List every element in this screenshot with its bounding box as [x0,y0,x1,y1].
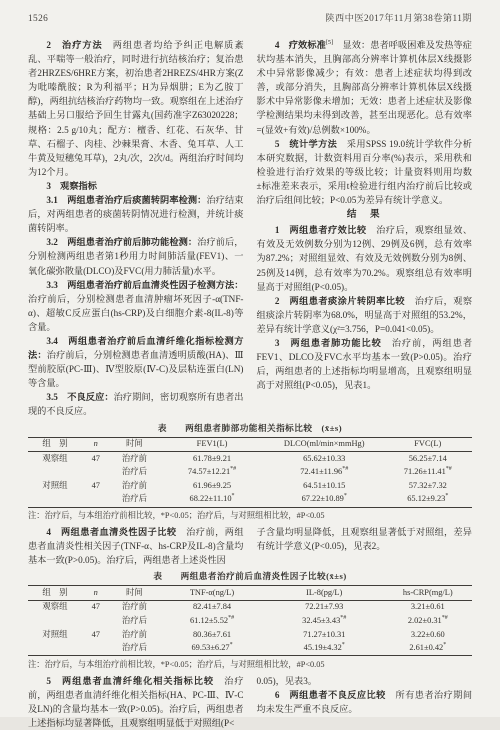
table-row: 治疗后61.12±5.52*#32.45±3.43*#2.02±0.31*# [28,614,472,628]
column-header: 时间 [110,437,159,452]
table-header-row: 组 别n时间TNF-α(ng/L)IL-8(pg/L)hs-CRP(mg/L) [28,586,472,601]
bottom-left-column: 5 两组患者血清纤维化相关指标比较 治疗前，两组患者血清纤维化相关指标(HA、P… [28,674,244,730]
significance-marker: * [232,494,235,500]
table-row: 观察组47治疗前61.78±9.2165.62±10.3356.25±7.14 [28,452,472,466]
table-cell [28,493,82,507]
section-heading: 5 统计学方法 [275,139,337,149]
table-row: 观察组47治疗前82.41±7.8472.21±7.933.21±0.61 [28,600,472,614]
table-cell [28,466,82,480]
significance-marker: *# [228,615,234,621]
table-cell: 对照组 [28,628,82,642]
mid-section: 4 两组患者血清炎性因子比较 治疗前，两组患者血清炎性相关因子(TNF-α、hs… [28,525,472,567]
paragraph-text: 显效：患者呼吸困难及发热等症状均基本消失，且胸部高分辨率计算机体层X线摄影术中异… [257,40,473,135]
section-heading: 3.1 两组患者治疗后痰菌转阴率检测： [46,195,206,205]
table-cell: 观察组 [28,600,82,614]
paragraph-result-5-continuation: 0.05)，见表3。 [257,674,473,688]
table-cell: 47 [82,479,110,493]
section-heading: 6 两组患者不良反应比较 [275,690,386,700]
table-row: 对照组47治疗前80.36±7.6171.27±10.313.22±0.60 [28,628,472,642]
paragraph-text: 0.05)，见表3。 [257,676,317,686]
table-cell: 67.22±10.89* [265,493,384,507]
column-header: n [82,437,110,452]
table2-head: 组 别n时间TNF-α(ng/L)IL-8(pg/L)hs-CRP(mg/L) [28,586,472,601]
table-cell: 45.19±4.32* [265,642,384,656]
paragraph-3-2: 3.2 两组患者治疗前后肺功能检测：治疗前后，分别检测两组患者第1秒用力时间肺活… [28,235,244,277]
table-cell: 47 [82,628,110,642]
table-cell [82,614,110,628]
table-row: 治疗后68.22±11.10*67.22±10.89*65.12±9.23* [28,493,472,507]
significance-marker: * [230,642,233,648]
section-heading: 3.3 两组患者治疗前后血清炎性因子检测方法： [46,280,243,290]
table-cell: 3.21±0.61 [384,600,472,614]
table-cell: 治疗后 [110,642,159,656]
table-cell: 治疗后 [110,493,159,507]
top-section: 2 治疗方法 两组患者均给予纠正电解质紊乱、平喘等一般治疗，同时进行抗结核治疗；… [28,38,472,419]
paragraph-result-1: 1 两组患者疗效比较 治疗后，观察组显效、有效及无效例数分别为12例、29例及6… [257,223,473,293]
table1-note: 注：治疗后，与本组治疗前相比较，*P<0.05；治疗后，与对照组相比较，#P<0… [28,510,472,522]
table-cell: 65.12±9.23* [384,493,472,507]
section-heading: 3 两组患者肺功能比较 [275,338,382,348]
paragraph-3-4: 3.4 两组患者治疗前后血清纤维化指标检测方法：治疗前后，分别检测患者血清透明质… [28,334,244,390]
table-cell: 82.41±7.84 [159,600,265,614]
table-cell: 47 [82,452,110,466]
table-cell: 71.27±10.31 [265,628,384,642]
significance-marker: * [445,494,448,500]
significance-marker: * [344,494,347,500]
table2-body: 观察组47治疗前82.41±7.8472.21±7.933.21±0.61治疗后… [28,600,472,655]
table-cell: 61.78±9.21 [159,452,265,466]
table-cell: 治疗前 [110,628,159,642]
left-column: 2 治疗方法 两组患者均给予纠正电解质紊乱、平喘等一般治疗，同时进行抗结核治疗；… [28,38,244,419]
table2-note: 注：治疗后，与本组治疗前相比较，*P<0.05；治疗后，与对照组相比较，#P<0… [28,659,472,671]
table2-caption: 表 两组患者治疗前后血清炎性因子比较(x̄±s) [28,570,472,582]
section-heading: 4 疗效标准 [275,40,326,50]
paragraph-result-5: 5 两组患者血清纤维化相关指标比较 治疗前，两组患者血清纤维化相关指标(HA、P… [28,674,244,730]
significance-marker: *# [442,615,448,621]
column-header: FVC(L) [384,437,472,452]
column-header: FEV1(L) [159,437,265,452]
mid-right-column: 子含量均明显降低，且观察组显著低于对照组，差异有统计学意义(P<0.05)，见表… [257,525,473,567]
table-cell: 3.22±0.60 [384,628,472,642]
table1-caption: 表 两组患者肺部功能相关指标比较 (x̄±s) [28,422,472,434]
table-cell [82,642,110,656]
paragraph-3-3: 3.3 两组患者治疗前后血清炎性因子检测方法：治疗前后，分别检测患者血清肿瘤坏死… [28,278,244,334]
table-cell: 治疗后 [110,466,159,480]
table-row: 治疗后74.57±12.21*#72.41±11.96*#71.26±11.41… [28,466,472,480]
paragraph-observation-index: 3 观察指标 [28,179,244,193]
paragraph-text: 治疗前后，分别检测患者血清肿瘤坏死因子-α(TNF-α)、超敏C反应蛋白(hs-… [28,294,244,332]
table-cell: 对照组 [28,479,82,493]
table-cell: 68.22±11.10* [159,493,265,507]
paragraph-statistics-method: 5 统计学方法 采用SPSS 19.0统计学软件分析本研究数据，计数资料用百分率… [257,137,473,207]
table-cell: 2.02±0.31*# [384,614,472,628]
table-cell: 74.57±12.21*# [159,466,265,480]
table-cell: 64.51±10.15 [265,479,384,493]
section-heading: 3 观察指标 [46,181,97,191]
paragraph-3-1: 3.1 两组患者治疗后痰菌转阴率检测：治疗结束后，对两组患者的痰菌转阴情况进行检… [28,193,244,235]
inflammatory-factor-table: 组 别n时间TNF-α(ng/L)IL-8(pg/L)hs-CRP(mg/L) … [28,585,472,656]
mid-left-column: 4 两组患者血清炎性因子比较 治疗前，两组患者血清炎性相关因子(TNF-α、hs… [28,525,244,567]
journal-page: 1526 陕西中医2017年11月第38卷第11期 2 治疗方法 两组患者均给予… [0,0,500,717]
table2-section: 表 两组患者治疗前后血清炎性因子比较(x̄±s) 组 别n时间TNF-α(ng/… [28,570,472,670]
column-header: 时间 [110,586,159,601]
column-header: n [82,586,110,601]
lung-function-table: 组 别n时间FEV1(L)DLCO(ml/min×mmHg)FVC(L) 观察组… [28,437,472,508]
paragraph-efficacy-standard: 4 疗效标准[5] 显效：患者呼吸困难及发热等症状均基本消失，且胸部高分辨率计算… [257,38,473,137]
bottom-right-column: 0.05)，见表3。 6 两组患者不良反应比较 所有患者治疗期间均未发生严重不良… [257,674,473,730]
table-cell: 治疗后 [110,614,159,628]
bottom-section: 5 两组患者血清纤维化相关指标比较 治疗前，两组患者血清纤维化相关指标(HA、P… [28,674,472,730]
paragraph-result-3: 3 两组患者肺功能比较 治疗前，两组患者FEV1、DLCO及FVC水平均基本一致… [257,336,473,392]
journal-info: 陕西中医2017年11月第38卷第11期 [325,10,472,24]
table-cell: 治疗前 [110,600,159,614]
section-heading: 2 治疗方法 [46,40,102,50]
paragraph-text: 两组患者均给予纠正电解质紊乱、平喘等一般治疗，同时进行抗结核治疗；复治患者2HR… [28,40,244,177]
table1-head: 组 别n时间FEV1(L)DLCO(ml/min×mmHg)FVC(L) [28,437,472,452]
table-cell: 治疗前 [110,479,159,493]
significance-marker: *# [342,466,348,472]
column-header: 组 别 [28,586,82,601]
column-header: DLCO(ml/min×mmHg) [265,437,384,452]
table-cell [28,642,82,656]
table-row: 治疗后69.53±6.27*45.19±4.32*2.61±0.42* [28,642,472,656]
paragraph-result-4: 4 两组患者血清炎性因子比较 治疗前，两组患者血清炎性相关因子(TNF-α、hs… [28,525,244,567]
table-cell [82,493,110,507]
table-cell: 61.96±9.25 [159,479,265,493]
table-cell [28,614,82,628]
paragraph-result-2: 2 两组患者痰涂片转阴率比较 治疗后，观察组痰涂片转阴率为68.0%，明显高于对… [257,294,473,336]
column-header: IL-8(pg/L) [265,586,384,601]
page-header: 1526 陕西中医2017年11月第38卷第11期 [28,10,472,24]
column-header: hs-CRP(mg/L) [384,586,472,601]
page-number: 1526 [28,14,48,24]
paragraph-text: 子含量均明显降低，且观察组显著低于对照组，差异有统计学意义(P<0.05)，见表… [257,527,473,551]
table-cell: 56.25±7.14 [384,452,472,466]
paragraph-text: 治疗前后，分别检测患者血清透明质酸(HA)、Ⅲ型前胶原(PC-Ⅲ)、Ⅳ型胶原(Ⅳ… [28,350,244,388]
column-header: TNF-α(ng/L) [159,586,265,601]
results-heading: 结 果 [257,208,473,222]
paragraph-3-5: 3.5 不良反应：治疗期间，密切观察所有患者出现的不良反应。 [28,390,244,418]
section-heading: 4 两组患者血清炎性因子比较 [46,527,176,537]
table-row: 对照组47治疗前61.96±9.2564.51±10.1557.32±7.32 [28,479,472,493]
table-cell: 观察组 [28,452,82,466]
table-cell: 69.53±6.27* [159,642,265,656]
paragraph-treatment-method: 2 治疗方法 两组患者均给予纠正电解质紊乱、平喘等一般治疗，同时进行抗结核治疗；… [28,38,244,179]
table-cell: 治疗前 [110,452,159,466]
significance-marker: *# [340,615,346,621]
table-cell: 47 [82,600,110,614]
table-cell: 2.61±0.42* [384,642,472,656]
significance-marker: * [443,642,446,648]
paragraph-result-6: 6 两组患者不良反应比较 所有患者治疗期间均未发生严重不良反应。 [257,688,473,716]
table1-section: 表 两组患者肺部功能相关指标比较 (x̄±s) 组 别n时间FEV1(L)DLC… [28,422,472,522]
table-cell: 72.21±7.93 [265,600,384,614]
significance-marker: * [342,642,345,648]
section-heading: 1 两组患者疗效比较 [275,225,367,235]
significance-marker: *# [230,466,236,472]
journal-page-body: { "header": { "page_number": "1526", "jo… [0,0,500,717]
significance-marker: *# [446,466,452,472]
table-cell: 65.62±10.33 [265,452,384,466]
table-cell: 80.36±7.61 [159,628,265,642]
table-header-row: 组 别n时间FEV1(L)DLCO(ml/min×mmHg)FVC(L) [28,437,472,452]
paragraph-result-4-continuation: 子含量均明显降低，且观察组显著低于对照组，差异有统计学意义(P<0.05)，见表… [257,525,473,553]
section-heading: 5 两组患者血清纤维化相关指标比较 [46,676,214,686]
section-heading: 3.5 不良反应： [46,392,113,402]
table-cell: 57.32±7.32 [384,479,472,493]
column-header: 组 别 [28,437,82,452]
table-cell: 72.41±11.96*# [265,466,384,480]
table-cell: 32.45±3.43*# [265,614,384,628]
section-heading: 3.2 两组患者治疗前后肺功能检测： [46,237,197,247]
right-column: 4 疗效标准[5] 显效：患者呼吸困难及发热等症状均基本消失，且胸部高分辨率计算… [257,38,473,419]
table-cell [82,466,110,480]
section-heading: 2 两组患者痰涂片转阴率比较 [275,296,405,306]
table-cell: 71.26±11.41*# [384,466,472,480]
table-cell: 61.12±5.52*# [159,614,265,628]
table1-body: 观察组47治疗前61.78±9.2165.62±10.3356.25±7.14治… [28,452,472,507]
